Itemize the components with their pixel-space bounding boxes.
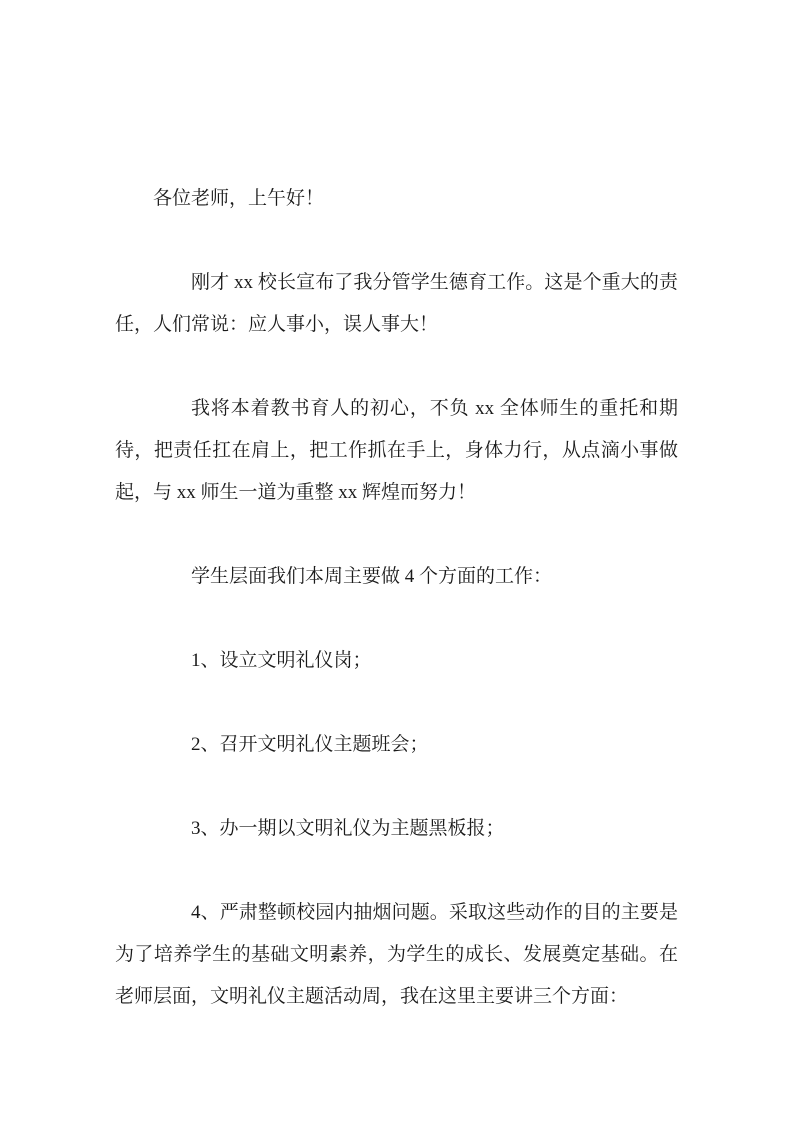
document-text-block: 各位老师，上午好！ 刚才 xx 校长宣布了我分管学生德育工作。这是个重大的责任，…	[115, 178, 678, 1018]
commitment-paragraph: 我将本着教书育人的初心，不负 xx 全体师生的重托和期待，把责任扛在肩上，把工作…	[115, 388, 678, 514]
student-work-intro-paragraph: 学生层面我们本周主要做 4 个方面的工作：	[115, 556, 678, 598]
task-item-2: 2、召开文明礼仪主题班会；	[115, 724, 678, 766]
task-item-4-and-teacher-intro: 4、严肃整顿校园内抽烟问题。采取这些动作的目的主要是为了培养学生的基础文明素养，…	[115, 892, 678, 1018]
greeting-paragraph: 各位老师，上午好！	[115, 178, 678, 220]
document-page: 各位老师，上午好！ 刚才 xx 校长宣布了我分管学生德育工作。这是个重大的责任，…	[0, 0, 793, 1122]
task-item-1: 1、设立文明礼仪岗；	[115, 640, 678, 682]
responsibility-paragraph: 刚才 xx 校长宣布了我分管学生德育工作。这是个重大的责任，人们常说：应人事小，…	[115, 262, 678, 346]
task-item-3: 3、办一期以文明礼仪为主题黑板报；	[115, 808, 678, 850]
